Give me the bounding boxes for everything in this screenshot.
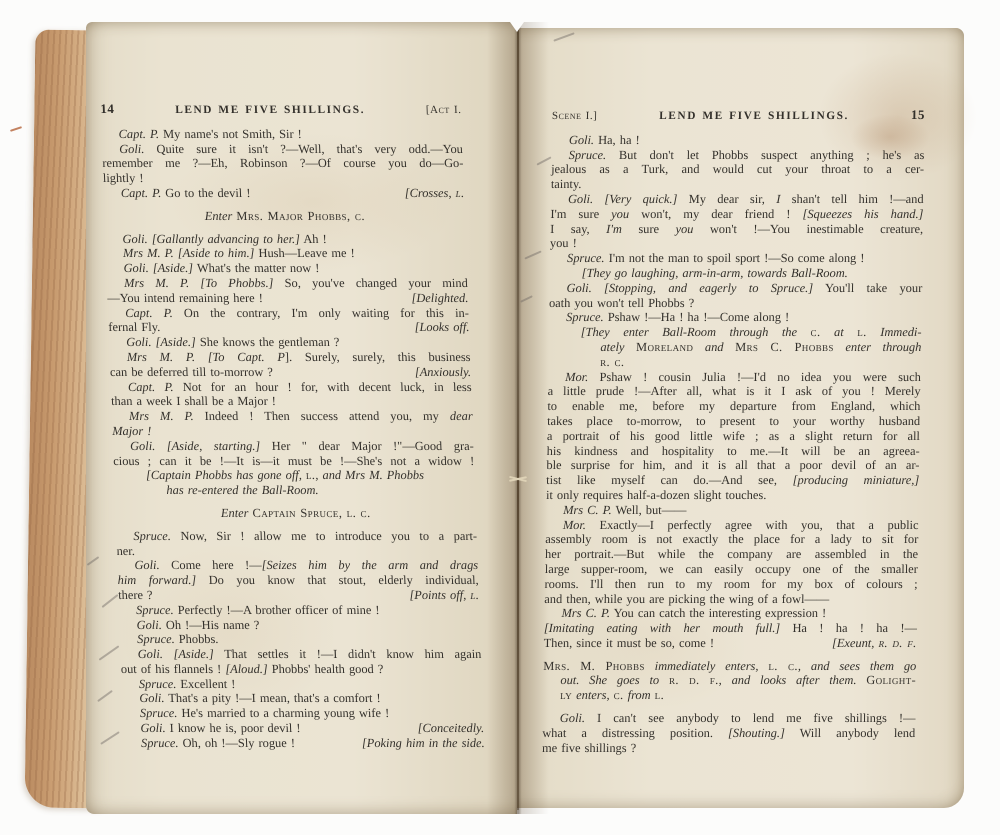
page-number: 15: [911, 108, 925, 123]
text-line: cious ; can it be !—It is—it must be !—S…: [113, 454, 475, 469]
stage-direction-right: [Delighted.: [411, 291, 468, 306]
text-line: a little prude !—After all, what is it I…: [548, 384, 921, 399]
text-line: what a distressing position. [Shouting.]…: [542, 726, 915, 741]
text-line: has re-entered the Ball-Room.: [114, 483, 476, 498]
text-line: Major !: [112, 424, 474, 439]
text-line: me five shillings ?: [542, 741, 915, 756]
text-line: Goli. Oh !—His name ?: [119, 618, 481, 633]
text-line: tist like myself can do.—And see, [produ…: [546, 473, 919, 488]
text-line: [Crosses, l.Capt. P. Go to the devil !: [103, 186, 465, 201]
text-line: [Looks off.fernal Fly.: [108, 320, 470, 335]
text-line: Goli. Come here !—[Seizes him by the arm…: [117, 558, 479, 573]
text-line: her portrait.—But while the company are …: [545, 547, 918, 562]
pencil-mark: [10, 126, 22, 132]
gutter-fold-line: [517, 26, 519, 810]
text-line: [Anxiously.can be deferred till to-morro…: [110, 365, 472, 380]
text-line: Spruce. But don't let Phobbs suspect any…: [551, 148, 924, 163]
text-line: Mrs M. P. Indeed ! Then success attend y…: [111, 409, 473, 424]
text-line: Mor. Exactly—I perfectly agree with you,…: [545, 518, 918, 533]
text-line: jealous as a Turk, and would cut your th…: [551, 162, 924, 177]
text-line: than a week I shall be a Major !: [111, 394, 473, 409]
text-line: lightly !: [103, 171, 465, 186]
text-line: Goli. Quite sure it isn't ?—Well, that's…: [102, 142, 464, 157]
text-line: it only requires half-a-dozen slight tou…: [546, 488, 919, 503]
text-line: assembly room is not exactly the place f…: [545, 532, 918, 547]
text-line: Capt. P. Not for an hour ! for, with dec…: [110, 380, 472, 395]
text-line: Enter Mrs. Major Phobbs, c.: [104, 209, 466, 224]
text-line: and then, while you are picking the wing…: [544, 592, 917, 607]
text-line: remember me ?—Eh, Robinson ?—Of course y…: [102, 156, 464, 171]
stage-direction-right: [Exeunt, r. d. f.: [832, 636, 917, 651]
text-line: I say, I'm sure you won't !—You inestima…: [550, 222, 923, 237]
text-line: Goli. [Stopping, and eagerly to Spruce.]…: [549, 281, 922, 296]
text-line: Goli. I can't see anybody to lend me fiv…: [542, 711, 915, 726]
text-line: Spruce. Pshaw !—Ha ! ha !—Come along !: [549, 310, 922, 325]
text-line: oath you won't tell Phobbs ?: [549, 296, 922, 311]
open-book: 14 LEND ME FIVE SHILLINGS. [Act I. Capt.…: [28, 22, 964, 818]
text-line: Capt. P. My name's not Smith, Sir !: [101, 127, 463, 142]
text-line: Mrs C. P. Well, but——: [546, 503, 919, 518]
text-line: takes place to-morrow, to present to you…: [547, 414, 920, 429]
right-page-body: Goli. Ha, ha !Spruce. But don't let Phob…: [542, 133, 925, 756]
stage-direction-right: [Looks off.: [414, 320, 469, 335]
text-line: large supper-room, we can easily occupy …: [545, 562, 918, 577]
text-line: I'm sure you won't, my dear friend ! [Sq…: [550, 207, 923, 222]
text-line: Capt. P. On the contrary, I'm only waiti…: [108, 306, 470, 321]
text-line: [They enter Ball-Room through the c. at …: [548, 325, 921, 340]
left-page-text: 14 LEND ME FIVE SHILLINGS. [Act I. Capt.…: [100, 102, 485, 751]
text-line: Enter Captain Spruce, l. c.: [115, 506, 477, 521]
text-line: [Imitating eating with her mouth full.] …: [544, 621, 917, 636]
text-line: ble surprise for him, and it is all that…: [546, 458, 919, 473]
text-line: Goli. [Very quick.] My dear sir, I shan'…: [551, 192, 924, 207]
text-line: [Points off, l.there ?: [118, 588, 480, 603]
text-line: Mrs M. P. [To Phobbs.] So, you've change…: [106, 276, 468, 291]
text-line: ner.: [116, 544, 478, 559]
stage-direction-right: [Conceitedly.: [400, 721, 484, 736]
stitch-thread: [509, 474, 527, 484]
text-line: Goli. Ha, ha !: [551, 133, 924, 148]
text-line: a portrait of his good little wife ; as …: [547, 429, 920, 444]
text-line: Mrs M. P. [To Capt. P]. Surely, surely, …: [109, 350, 471, 365]
text-line: his kindness and hospitality to me.—It w…: [547, 444, 920, 459]
text-line: tainty.: [551, 177, 924, 192]
text-line: ately Moreland and Mrs C. Phobbs enter t…: [548, 340, 921, 355]
text-line: Spruce. I'm not the man to spoil sport !…: [550, 251, 923, 266]
text-line: Spruce. Excellent !: [121, 677, 483, 692]
stage-direction-right: [Crosses, l.: [387, 186, 465, 201]
text-line: Spruce. Perfectly !—A brother officer of…: [118, 603, 480, 618]
running-title: LEND ME FIVE SHILLINGS.: [597, 109, 911, 124]
text-line: out. She goes to r. d. f., and looks aft…: [543, 673, 916, 688]
text-line: [Exeunt, r. d. f.Then, since it must be …: [544, 636, 917, 651]
text-line: you !: [550, 236, 923, 251]
text-line: Spruce. He's married to a charming young…: [122, 706, 484, 721]
text-line: out of his flannels ! [Aloud.] Phobbs' h…: [121, 662, 483, 677]
text-line: rooms. I'll then run to my room for my b…: [544, 577, 917, 592]
text-line: Mrs C. P. You can catch the interesting …: [544, 606, 917, 621]
stage-direction-right: [Anxiously.: [415, 365, 472, 380]
text-line: Mrs M. P. [Aside to him.] Hush—Leave me …: [105, 246, 467, 261]
text-line: to enable me, before my departure from E…: [547, 399, 920, 414]
running-title: LEND ME FIVE SHILLINGS.: [114, 103, 426, 118]
text-line: Goli. [Aside, starting.] Her " dear Majo…: [112, 439, 474, 454]
text-line: ly enters, c. from l.: [543, 688, 916, 703]
book-photo: 14 LEND ME FIVE SHILLINGS. [Act I. Capt.…: [0, 0, 1000, 835]
text-line: [They go laughing, arm-in-arm, towards B…: [549, 266, 922, 281]
text-line: Goli. [Aside.] She knows the gentleman ?: [109, 335, 471, 350]
text-line: r. c.: [548, 355, 921, 370]
text-line: Goli. [Aside.] That settles it !—I didn'…: [120, 647, 482, 662]
text-line: Goli. That's a pity !—I mean, that's a c…: [122, 691, 484, 706]
left-page-body: Capt. P. My name's not Smith, Sir !Goli.…: [101, 127, 485, 751]
text-line: Mor. Pshaw ! cousin Julia !—I'd no idea …: [548, 370, 921, 385]
scene-label: Scene I.]: [552, 109, 598, 124]
act-label: [Act I.: [426, 103, 462, 118]
left-page-header: 14 LEND ME FIVE SHILLINGS. [Act I.: [100, 102, 462, 118]
stage-direction-right: [Points off, l.: [409, 588, 479, 603]
text-line: Mrs. M. Phobbs immediately enters, l. c.…: [543, 659, 916, 674]
text-line: Goli. [Aside.] What's the matter now !: [106, 261, 468, 276]
text-line: Goli. [Gallantly advancing to her.] Ah !: [105, 232, 467, 247]
text-line: [Captain Phobbs has gone off, l., and Mr…: [114, 468, 476, 483]
text-line: [Conceitedly.Goli. I know he is, poor de…: [123, 721, 485, 736]
stage-direction-right: [Poking him in the side.: [344, 736, 485, 751]
text-line: Spruce. Phobbs.: [120, 632, 482, 647]
right-page-text: Scene I.] LEND ME FIVE SHILLINGS. 15 Gol…: [542, 108, 925, 755]
text-line: [Delighted.—You intend remaining here !: [107, 291, 469, 306]
right-page-header: Scene I.] LEND ME FIVE SHILLINGS. 15: [552, 108, 925, 124]
text-line: Spruce. Now, Sir ! allow me to introduce…: [116, 529, 478, 544]
text-line: him forward.] Do you know that stout, el…: [117, 573, 479, 588]
text-line: [Poking him in the side.Spruce. Oh, oh !…: [123, 736, 485, 751]
page-number: 14: [100, 102, 115, 117]
